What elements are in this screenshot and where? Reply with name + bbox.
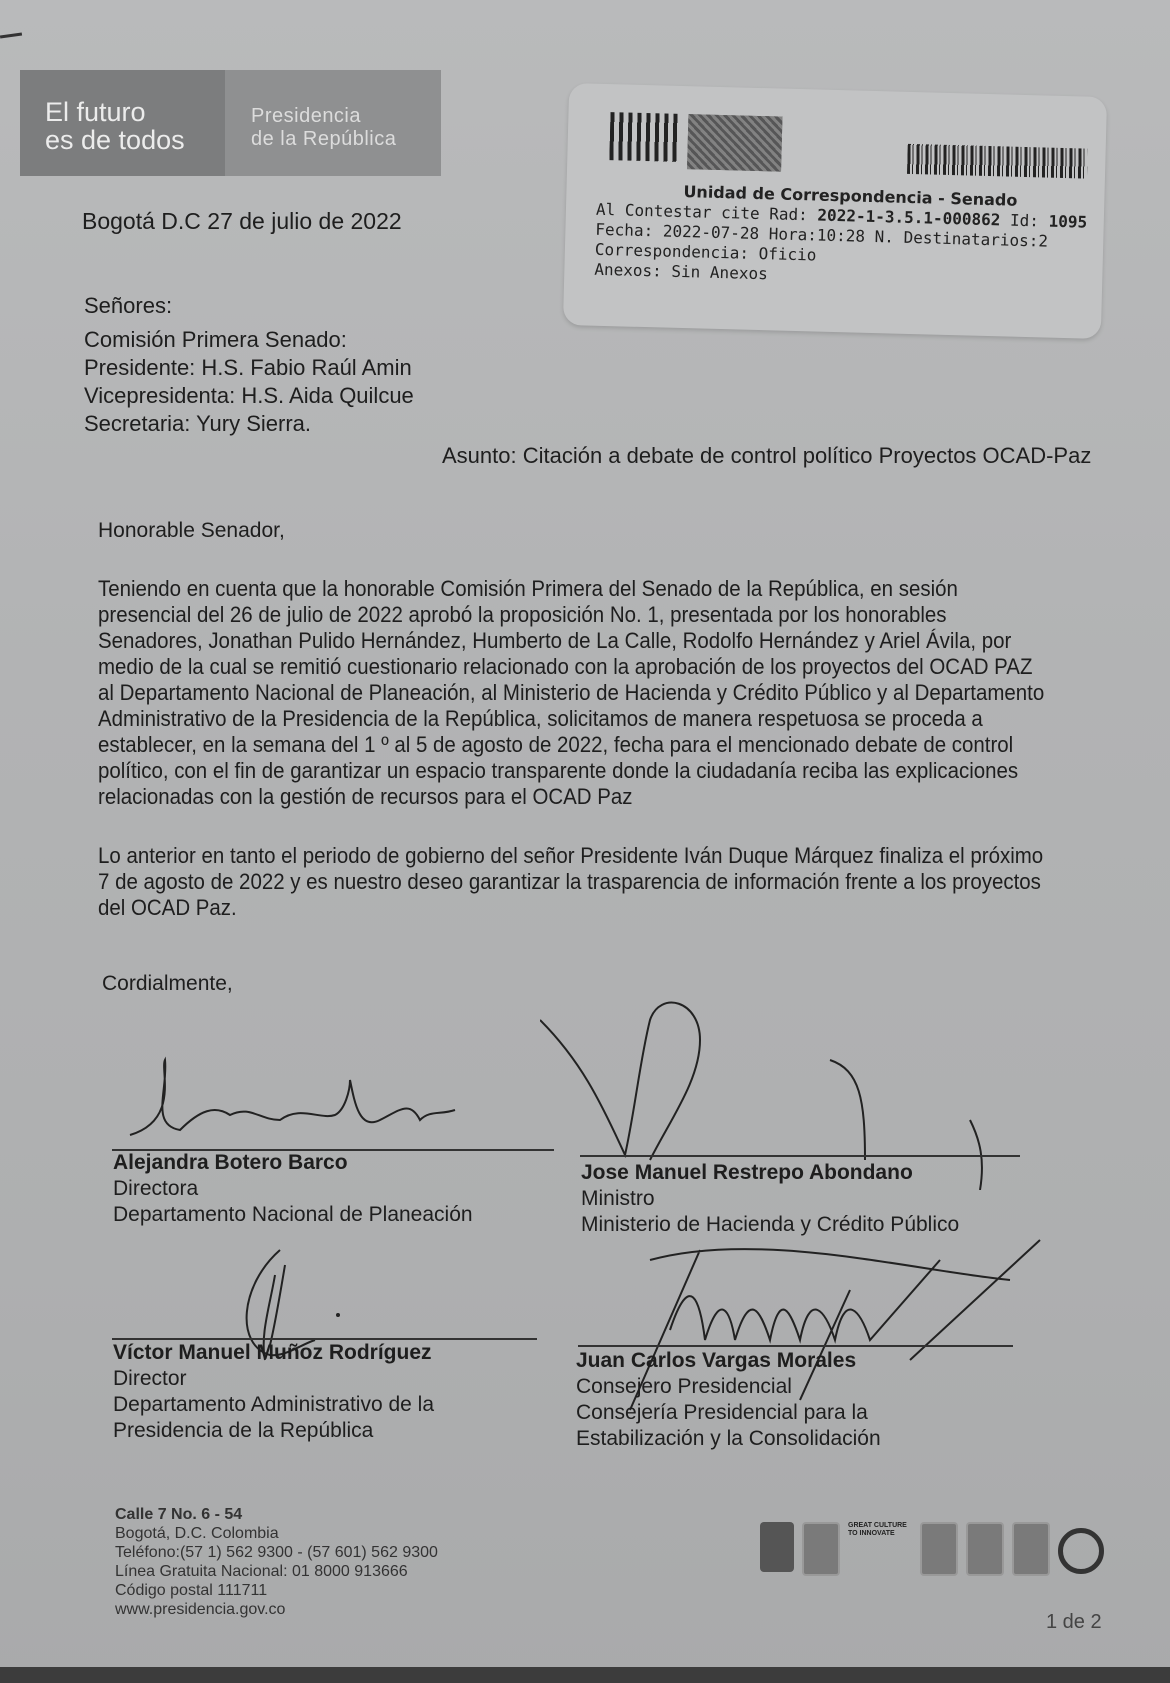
footer-address: Calle 7 No. 6 - 54 — [115, 1505, 438, 1524]
qr-code-icon — [687, 114, 782, 171]
entity-line: Presidencia — [251, 105, 441, 128]
footer-city: Bogotá, D.C. Colombia — [115, 1524, 438, 1543]
signer-org: Presidencia de la República — [113, 1418, 434, 1444]
culture-badge-icon: GREAT CULTURE TO INNOVATE — [848, 1522, 912, 1572]
signer-org: Departamento Administrativo de la — [113, 1392, 434, 1418]
barcode-icon — [907, 144, 1088, 179]
footer-phone: Teléfono:(57 1) 562 9300 - (57 601) 562 … — [115, 1543, 438, 1562]
signer-org: Estabilización y la Consolidación — [576, 1426, 881, 1452]
entity-block: Presidencia de la República — [225, 70, 441, 176]
footer-postal: Código postal 111711 — [115, 1581, 438, 1600]
slogan-block: El futuro es de todos — [20, 70, 225, 176]
signer-org: Consejería Presidencial para la — [576, 1400, 881, 1426]
id-value: 1095 — [1048, 212, 1087, 232]
barcode-icon — [609, 112, 680, 162]
footer-toll-free: Línea Gratuita Nacional: 01 8000 913666 — [115, 1562, 438, 1581]
certification-badges: GREAT CULTURE TO INNOVATE — [760, 1522, 1104, 1576]
iso-badge-icon — [1012, 1522, 1050, 1576]
signer-name: Jose Manuel Restrepo Abondano — [581, 1160, 959, 1186]
signer-block: Víctor Manuel Muñoz Rodríguez Director D… — [113, 1340, 434, 1444]
signer-title: Ministro — [581, 1186, 959, 1212]
recipients-block: Señores: Comisión Primera Senado: Presid… — [84, 292, 414, 438]
page-number: 1 de 2 — [1046, 1611, 1102, 1634]
recipient-line: Secretaria: Yury Sierra. — [84, 410, 414, 438]
signer-name: Alejandra Botero Barco — [113, 1150, 473, 1176]
signer-block: Alejandra Botero Barco Directora Departa… — [113, 1150, 473, 1228]
body-paragraph: Lo anterior en tanto el periodo de gobie… — [98, 843, 1047, 921]
slogan-line: El futuro — [45, 98, 225, 126]
id-label: Id: — [1010, 211, 1039, 231]
recipient-line: Vicepresidenta: H.S. Aida Quilcue — [84, 382, 414, 410]
salutation: Honorable Senador, — [98, 519, 285, 543]
signer-title: Director — [113, 1366, 434, 1392]
paper-edge-mark — [0, 32, 22, 38]
iso-badge-icon — [920, 1522, 958, 1576]
signer-title: Directora — [113, 1176, 473, 1202]
stamp-text: Unidad de Correspondencia - Senado Al Co… — [564, 179, 1104, 293]
slogan-line: es de todos — [45, 126, 225, 154]
footer-contact: Calle 7 No. 6 - 54 Bogotá, D.C. Colombia… — [115, 1505, 438, 1619]
bottom-bar — [0, 1667, 1170, 1683]
correspondence-stamp: Unidad de Correspondencia - Senado Al Co… — [563, 83, 1107, 339]
footer-website: www.presidencia.gov.co — [115, 1600, 438, 1619]
recipient-line: Señores: — [84, 292, 414, 320]
signer-block: Juan Carlos Vargas Morales Consejero Pre… — [576, 1348, 881, 1452]
signer-title: Consejero Presidencial — [576, 1374, 881, 1400]
letterhead-logo: El futuro es de todos Presidencia de la … — [20, 70, 441, 176]
signer-org: Departamento Nacional de Planeación — [113, 1202, 473, 1228]
iso-badge-icon — [966, 1522, 1004, 1576]
signer-name: Juan Carlos Vargas Morales — [576, 1348, 881, 1374]
recipient-line: Comisión Primera Senado: — [84, 326, 414, 354]
award-badge-icon — [760, 1522, 794, 1572]
seal-ring-icon — [1058, 1528, 1104, 1574]
signature-icon — [120, 1050, 480, 1150]
certification-badge-icon — [802, 1522, 840, 1576]
signature-line — [580, 1155, 1020, 1157]
signature-line — [578, 1345, 1013, 1347]
closing: Cordialmente, — [102, 972, 233, 996]
subject-line: Asunto: Citación a debate de control pol… — [442, 443, 1091, 469]
signer-block: Jose Manuel Restrepo Abondano Ministro M… — [581, 1160, 959, 1238]
body-paragraph: Teniendo en cuenta que la honorable Comi… — [98, 576, 1047, 810]
letter-date: Bogotá D.C 27 de julio de 2022 — [82, 208, 402, 235]
signer-name: Víctor Manuel Muñoz Rodríguez — [113, 1340, 434, 1366]
recipient-line: Presidente: H.S. Fabio Raúl Amin — [84, 354, 414, 382]
entity-line: de la República — [251, 128, 441, 151]
signer-org: Ministerio de Hacienda y Crédito Público — [581, 1212, 959, 1238]
